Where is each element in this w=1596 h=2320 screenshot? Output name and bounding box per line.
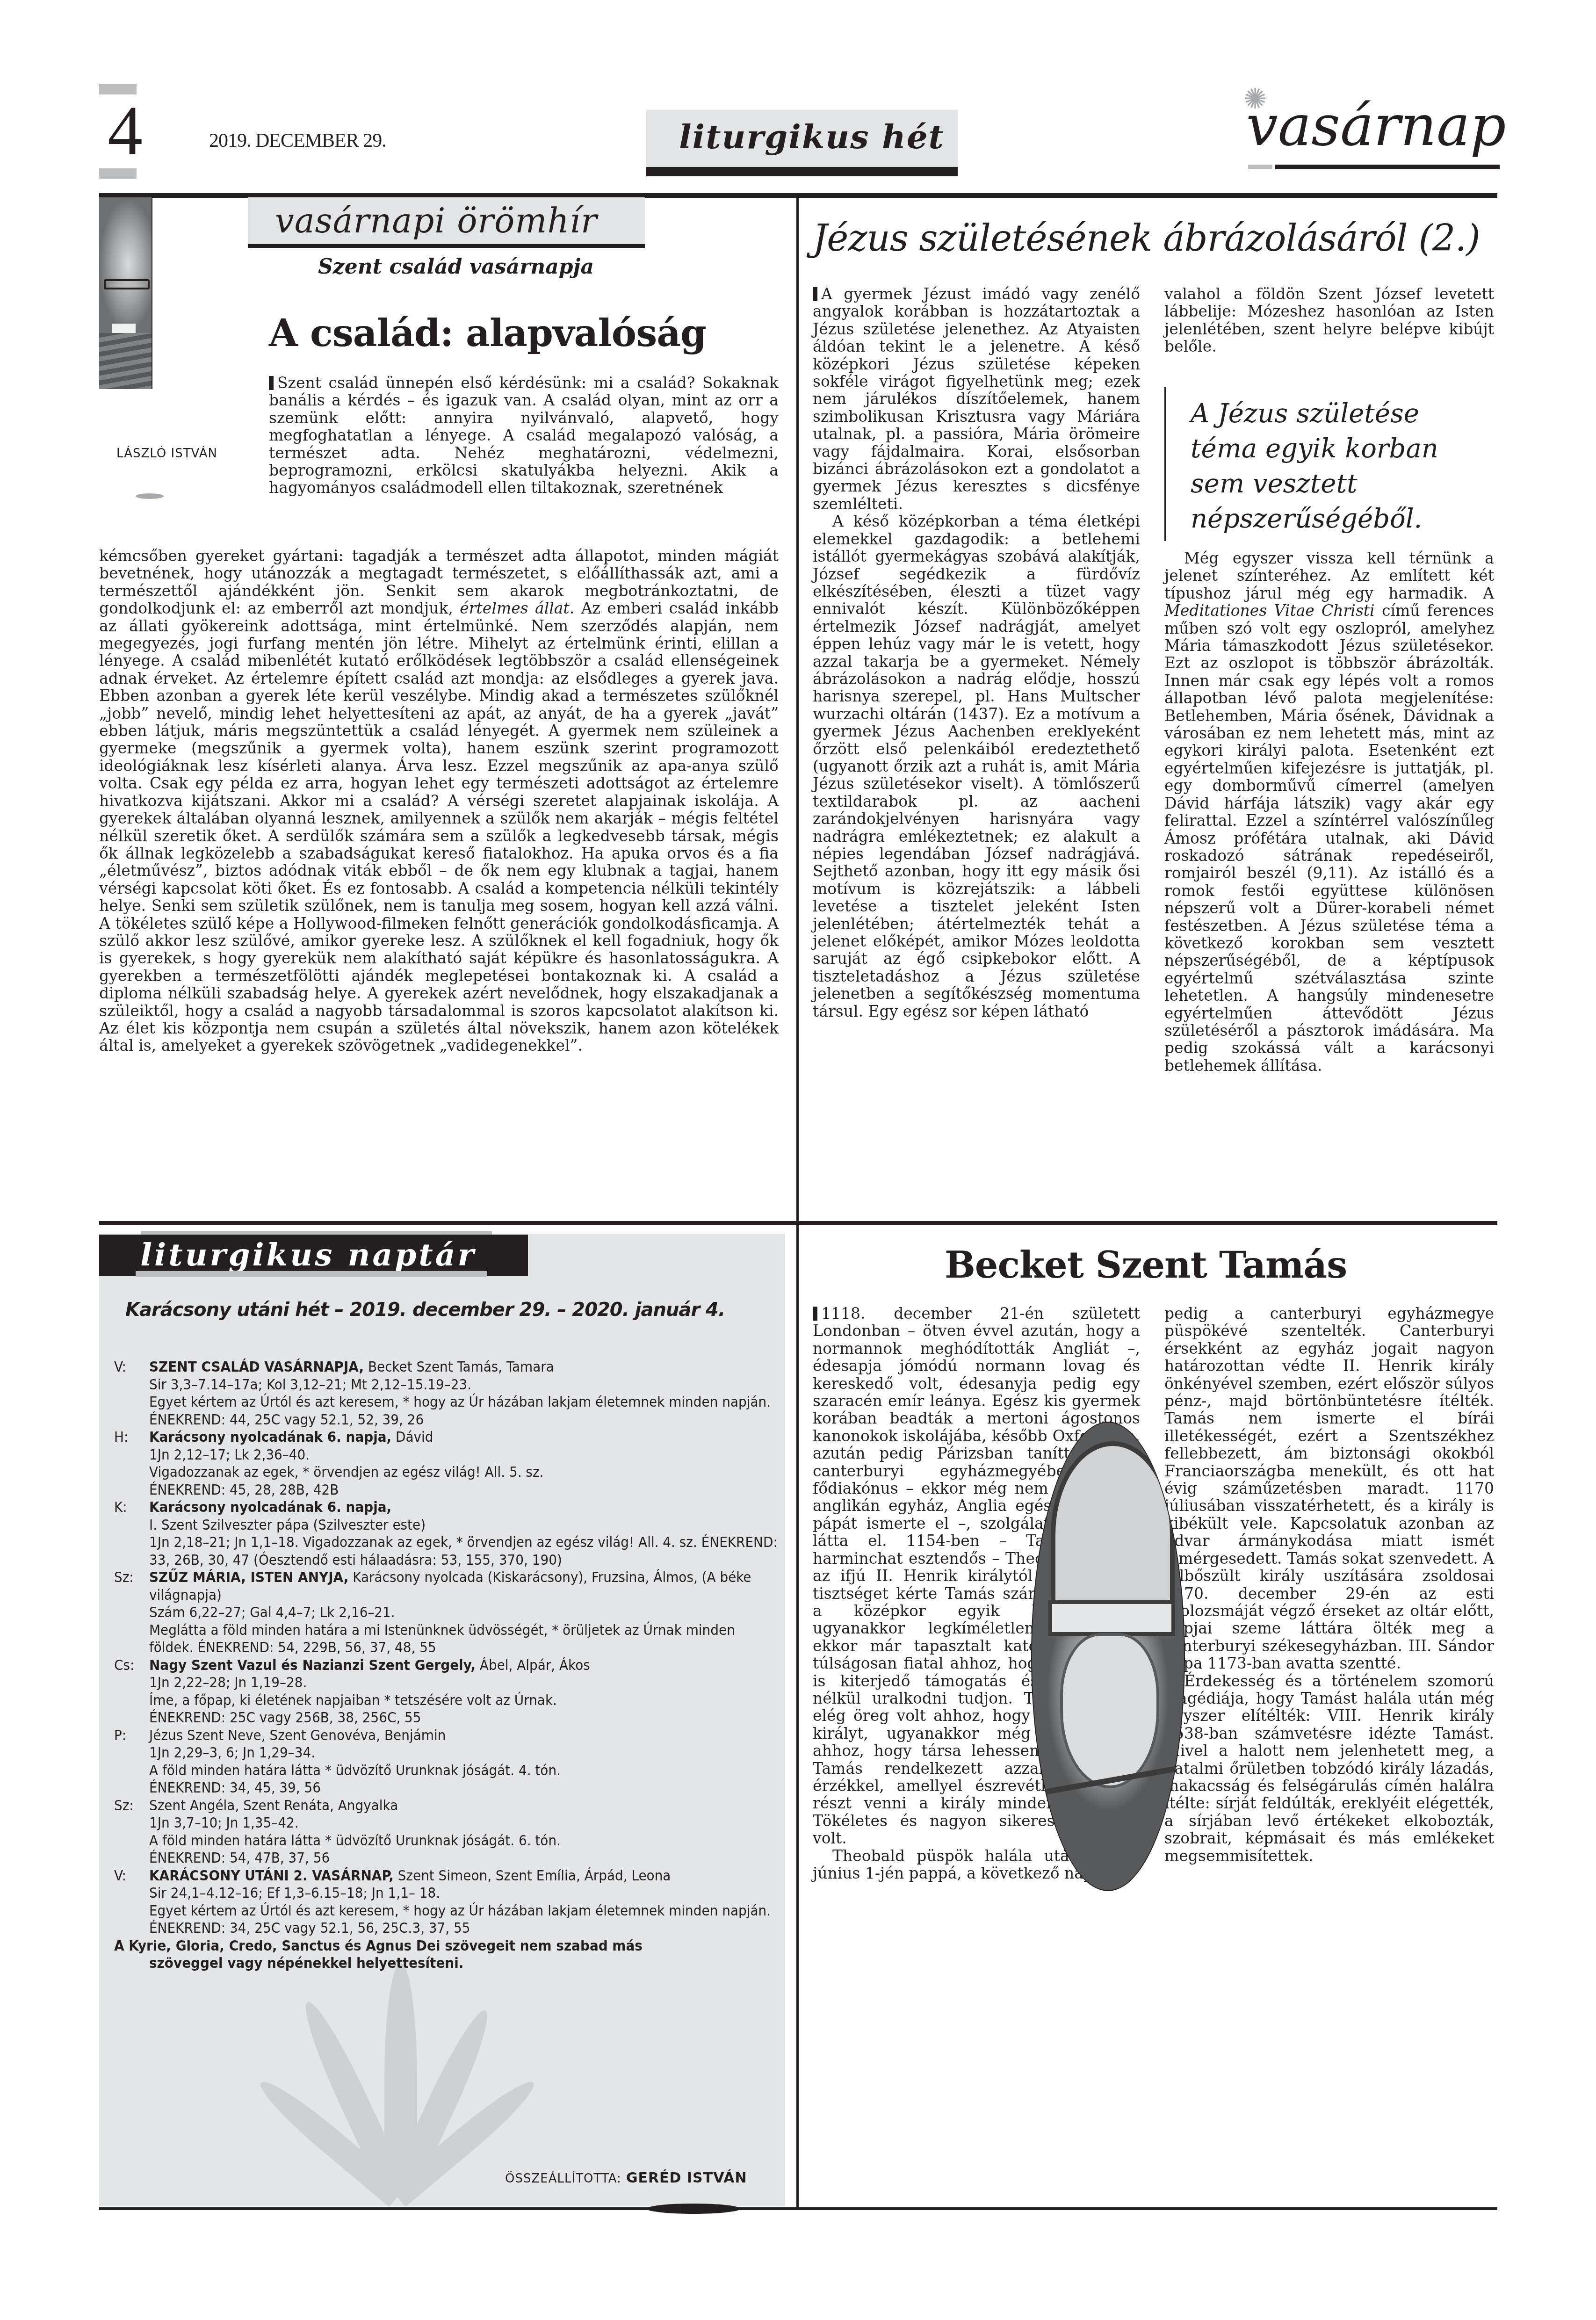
hymns: ÉNEKREND: 25C vagy 256B, 38, 256C, 55 [149, 1709, 778, 1727]
column-divider-bottom [796, 1223, 799, 2209]
calendar-day: V: SZENT CSALÁD VASÁRNAPJA, Becket Szent… [114, 1359, 778, 1429]
body-emphasis: értelmes állat [460, 599, 570, 617]
decorative-blob [647, 2204, 740, 2214]
section-header: liturgikus hét [646, 110, 958, 176]
article-3-column-2: pedig a canterburyi egyházmegye püspökév… [1164, 1305, 1494, 1865]
feast-name: SZŰZ MÁRIA, ISTEN ANYJA, [149, 1569, 348, 1586]
column-header: vasárnapi örömhír [248, 197, 645, 248]
readings: Szám 6,22–27; Gal 4,4–7; Lk 2,16–21. [149, 1604, 778, 1622]
name-days: Jézus Szent Neve, Szent Genovéva, Benjám… [149, 1727, 778, 1745]
day-abbrev: Sz: [114, 1797, 149, 1867]
calendar-note: A Kyrie, Gloria, Credo, Sanctus és Agnus… [114, 1937, 778, 1973]
calendar-day: V: KARÁCSONY UTÁNI 2. VASÁRNAP, Szent Si… [114, 1867, 778, 1937]
calendar-week-range: Karácsony utáni hét – 2019. december 29.… [125, 1299, 725, 1321]
calendar-day: Cs: Nagy Szent Vazul és Nazianzi Szent G… [114, 1657, 778, 1727]
saint-name: I. Szent Szilveszter pápa (Szilveszter e… [149, 1517, 778, 1534]
day-abbrev: H: [114, 1429, 149, 1499]
mitre-band-shape [1048, 1600, 1175, 1636]
paragraph: valahol a földön Szent József levetett l… [1164, 285, 1494, 355]
paragraph: pedig a canterburyi egyházmegye püspökév… [1164, 1305, 1494, 1672]
day-abbrev: P: [114, 1727, 149, 1797]
calendar-day: H: Karácsony nyolcadának 6. napja, Dávid… [114, 1429, 778, 1499]
publication-logo: ✺ vasárnap [1246, 96, 1501, 168]
day-abbrev: V: [114, 1359, 149, 1429]
article-headline: A család: alapvalóság [269, 311, 706, 355]
calendar-credit: ÖSSZEÁLLÍTOTTA:GERÉD ISTVÁN [505, 2170, 747, 2186]
calendar-day: Sz: Szent Angéla, Szent Renáta, Angyalka… [114, 1797, 778, 1867]
psalm-and-hymns: Egyet kértem az Úrtól és azt keresem, * … [149, 1902, 778, 1937]
page-number: 4 [108, 96, 143, 166]
article-body: kémcsőben gyereket gyártani: tagadják a … [99, 547, 779, 1055]
paragraph-marker [269, 376, 274, 390]
article-2-column-2-top: valahol a földön Szent József levetett l… [1164, 285, 1494, 355]
pull-quote-text: A Jézus születése téma egyik korban sem … [1166, 387, 1494, 536]
paragraph: A gyermek Jézust imádó vagy zenélő angya… [813, 285, 1140, 513]
paragraph-part: Még egyszer vissza kell térnünk a jelene… [1164, 549, 1494, 602]
psalm: Íme, a főpap, ki életének napjaiban * te… [149, 1692, 778, 1710]
logo-rule-gray [1248, 165, 1272, 169]
readings-and-hymns: 1Jn 2,18–21; Jn 1,1–18. Vigadozzanak az … [149, 1534, 778, 1569]
paragraph: Érdekesség és a történelem szomorú tragé… [1164, 1672, 1494, 1865]
palm-leaf-watermark [216, 1963, 590, 2197]
readings: Sir 3,3–7.14–17a; Kol 3,12–21; Mt 2,12–1… [149, 1376, 778, 1394]
name-days: Szent Simeon, Szent Emília, Árpád, Leona [394, 1867, 671, 1884]
psalm: A föld minden határa látta * üdvözítő Ur… [149, 1832, 778, 1850]
day-abbrev: Sz: [114, 1569, 149, 1657]
article-headline-3: Becket Szent Tamás [795, 1244, 1496, 1286]
book-title: Meditationes Vitae Christi [1164, 601, 1375, 620]
paragraph-marker [813, 287, 817, 301]
glasses-shape [104, 279, 150, 289]
readings: 1Jn 2,22–28; Jn 1,19–28. [149, 1674, 778, 1692]
alleluia: Vigadozzanak az egek, * örvendjen az egé… [149, 1464, 778, 1482]
article-headline-2: Jézus születésének ábrázolásáról (2.) [813, 217, 1480, 260]
day-abbrev: K: [114, 1499, 149, 1569]
author-photo [99, 197, 152, 389]
stained-glass-portrait [1031, 1422, 1185, 1891]
calendar-day-list: V: SZENT CSALÁD VASÁRNAPJA, Becket Szent… [114, 1359, 778, 1973]
column-divider-top [796, 198, 799, 1222]
article-2-column-1: A gyermek Jézust imádó vagy zenélő angya… [813, 285, 1140, 1020]
article-kicker: Szent család vasárnapja [318, 255, 594, 279]
psalm-and-hymns: Egyet kértem az Úrtól és azt keresem, * … [149, 1394, 778, 1429]
calendar-header: liturgikus naptár [99, 1235, 528, 1276]
feast-name: Karácsony nyolcadának 6. napja, [149, 1429, 391, 1445]
paragraph-marker [813, 1307, 817, 1321]
calendar-day: Sz: SZŰZ MÁRIA, ISTEN ANYJA, Karácsony n… [114, 1569, 778, 1657]
readings: 1Jn 2,29–3, 6; Jn 1,29–34. [149, 1744, 778, 1762]
sweater-shape [99, 333, 152, 389]
feast-name: KARÁCSONY UTÁNI 2. VASÁRNAP, [149, 1867, 394, 1884]
hymns: ÉNEKREND: 34, 45, 39, 56 [149, 1779, 778, 1797]
day-abbrev: V: [114, 1867, 149, 1937]
body-text-2: . Az emberi család inkább az állati gyök… [99, 599, 779, 1055]
calendar-title: liturgikus naptár [140, 1236, 476, 1273]
calendar-tab-accent-bottom [136, 1271, 487, 1277]
page-number-bar-bottom [99, 168, 137, 179]
decorative-blob [136, 493, 164, 499]
note-line-2: szöveggel vagy népénekkel helyettesíteni… [114, 1955, 778, 1973]
credit-name: GERÉD ISTVÁN [626, 2170, 747, 2186]
pull-quote: A Jézus születése téma egyik korban sem … [1164, 387, 1494, 541]
column-title: vasárnapi örömhír [275, 201, 597, 240]
readings: 1Jn 2,12–17; Lk 2,36–40. [149, 1446, 778, 1464]
name-days: Becket Szent Tamás, Tamara [364, 1359, 554, 1375]
paragraph: A késő középkorban a téma életképi eleme… [813, 513, 1140, 1020]
logo-rule-black [1275, 165, 1500, 169]
credit-label: ÖSSZEÁLLÍTOTTA: [505, 2172, 621, 2186]
readings: 1Jn 3,7–10; Jn 1,35–42. [149, 1814, 778, 1832]
psalm-and-hymns: Meglátta a föld minden határa a mi Isten… [149, 1622, 778, 1657]
name-days: Szent Angéla, Szent Renáta, Angyalka [149, 1797, 778, 1815]
hymns: ÉNEKREND: 45, 28, 28B, 42B [149, 1482, 778, 1499]
logo-wordmark: vasárnap [1246, 96, 1506, 157]
day-abbrev: Cs: [114, 1657, 149, 1727]
calendar-day: P: Jézus Szent Neve, Szent Genovéva, Ben… [114, 1727, 778, 1797]
psalm: A föld minden határa látta * üdvözítő Ur… [149, 1762, 778, 1780]
article-lead: Szent család ünnepén első kérdésünk: mi … [269, 374, 779, 497]
name-days: Dávid [391, 1429, 433, 1445]
calendar-day: K: Karácsony nyolcadának 6. napja, I. Sz… [114, 1499, 778, 1569]
feast-name: SZENT CSALÁD VASÁRNAPJA, [149, 1359, 364, 1375]
issue-date: 2019. DECEMBER 29. [209, 130, 386, 152]
paragraph-part: című ferences műben szó volt egy oszlopr… [1164, 601, 1494, 1075]
note-line-1: A Kyrie, Gloria, Credo, Sanctus és Agnus… [114, 1937, 643, 1954]
name-days: Ábel, Alpár, Ákos [476, 1657, 590, 1674]
face-shape [1060, 1633, 1159, 1788]
article-2-column-2: Még egyszer vissza kell térnünk a jelene… [1164, 549, 1494, 1074]
hymns: ÉNEKREND: 54, 47B, 37, 56 [149, 1850, 778, 1867]
author-name: LÁSZLÓ ISTVÁN [99, 447, 235, 461]
feast-name: Karácsony nyolcadának 6. napja, [149, 1499, 391, 1516]
readings: Sir 24,1–4.12–16; Ef 1,3–6.15–18; Jn 1,1… [149, 1885, 778, 1902]
feast-name: Nagy Szent Vazul és Nazianzi Szent Gerge… [149, 1657, 476, 1674]
section-title: liturgikus hét [679, 117, 945, 156]
lead-text: Szent család ünnepén első kérdésünk: mi … [269, 374, 779, 497]
